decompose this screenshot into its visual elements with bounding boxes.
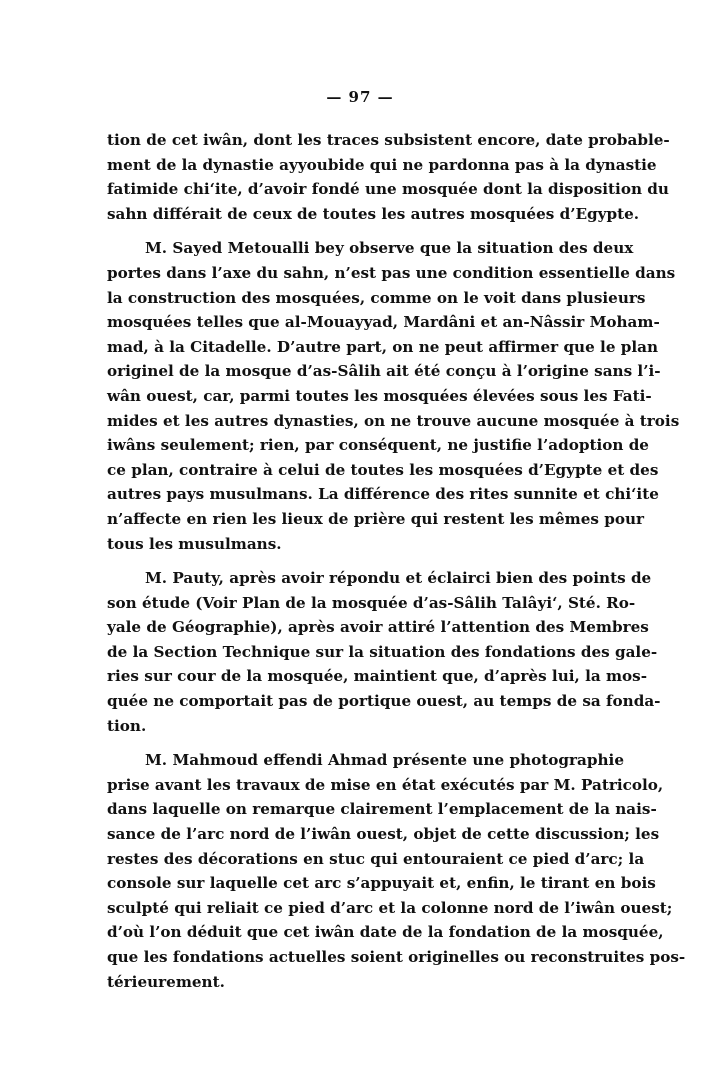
text-line: tion. [107, 714, 624, 739]
text-line: n’affecte en rien les lieux de prière qu… [107, 507, 624, 532]
text-line: térieurement. [107, 970, 624, 995]
document-page: — 97 — tion de cet iwân, dont les traces… [0, 0, 720, 1071]
text-line: quée ne comportait pas de portique ouest… [107, 689, 624, 714]
text-line: dans laquelle on remarque clairement l’e… [107, 797, 624, 822]
text-line: d’où l’on déduit que cet iwân date de la… [107, 920, 624, 945]
text-line: mides et les autres dynasties, on ne tro… [107, 409, 624, 434]
text-line: portes dans l’axe du sahn, n’est pas une… [107, 261, 624, 286]
text-line: ment de la dynastie ayyoubide qui ne par… [107, 153, 624, 178]
text-line: originel de la mosque d’as-Sâlih ait été… [107, 359, 624, 384]
text-line: iwâns seulement; rien, par conséquent, n… [107, 433, 624, 458]
text-line: console sur laquelle cet arc s’appuyait … [107, 871, 624, 896]
text-line: sance de l’arc nord de l’iwân ouest, obj… [107, 822, 624, 847]
text-line: wân ouest, car, parmi toutes les mosquée… [107, 384, 624, 409]
text-line: tous les musulmans. [107, 532, 624, 557]
text-column: tion de cet iwân, dont les traces subsis… [107, 128, 624, 1004]
text-line: autres pays musulmans. La différence des… [107, 482, 624, 507]
text-line: M. Pauty, après avoir répondu et éclairc… [107, 566, 624, 591]
text-line: M. Sayed Metoualli bey observe que la si… [107, 236, 624, 261]
text-line: de la Section Technique sur la situation… [107, 640, 624, 665]
text-line: mosquées telles que al-Mouayyad, Mardâni… [107, 310, 624, 335]
paragraph-1: tion de cet iwân, dont les traces subsis… [107, 128, 624, 226]
text-line: mad, à la Citadelle. D’autre part, on ne… [107, 335, 624, 360]
text-line: ce plan, contraire à celui de toutes les… [107, 458, 624, 483]
paragraph-4: M. Mahmoud effendi Ahmad présente une ph… [107, 748, 624, 994]
text-line: son étude (Voir Plan de la mosquée d’as-… [107, 591, 624, 616]
text-line: sculpté qui reliait ce pied d’arc et la … [107, 896, 624, 921]
text-line: que les fondations actuelles soient orig… [107, 945, 624, 970]
paragraph-3: M. Pauty, après avoir répondu et éclairc… [107, 566, 624, 738]
text-line: restes des décorations en stuc qui entou… [107, 847, 624, 872]
text-line: ries sur cour de la mosquée, maintient q… [107, 664, 624, 689]
paragraph-2: M. Sayed Metoualli bey observe que la si… [107, 236, 624, 556]
text-line: tion de cet iwân, dont les traces subsis… [107, 128, 624, 153]
text-line: fatimide chi‘ite, d’avoir fondé une mosq… [107, 177, 624, 202]
text-line: la construction des mosquées, comme on l… [107, 286, 624, 311]
text-line: M. Mahmoud effendi Ahmad présente une ph… [107, 748, 624, 773]
page-number: — 97 — [0, 88, 720, 106]
text-line: yale de Géographie), après avoir attiré … [107, 615, 624, 640]
text-line: sahn différait de ceux de toutes les aut… [107, 202, 624, 227]
text-line: prise avant les travaux de mise en état … [107, 773, 624, 798]
